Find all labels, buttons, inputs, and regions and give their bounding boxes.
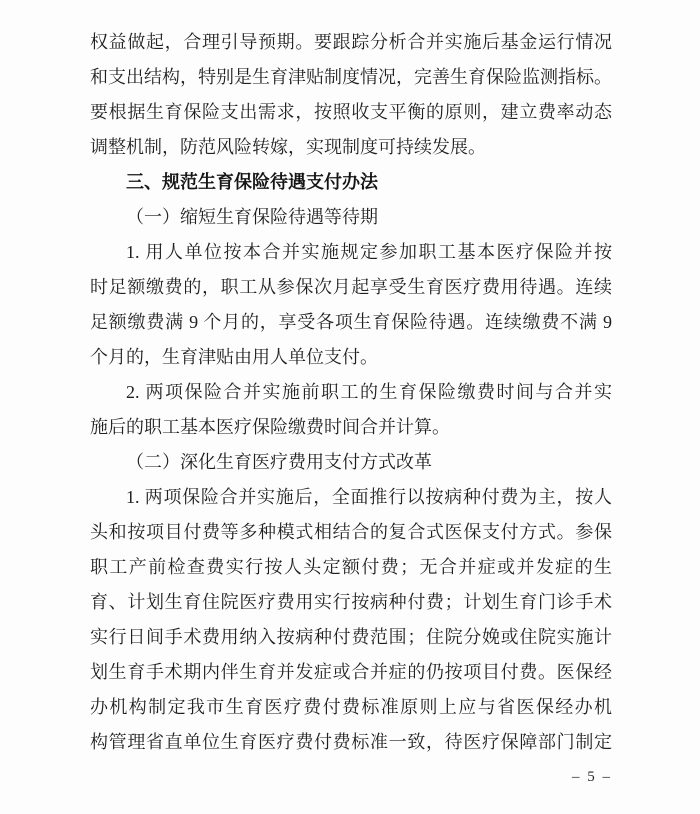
para-2-line-1: 2. 两项保险合并实施前职工的生育保险缴费时间与合并实 xyxy=(90,375,612,410)
page-number: – 5 – xyxy=(572,760,612,795)
para-3-line-8: 构管理省直单位生育医疗费付费标准一致，待医疗保障部门制定 xyxy=(90,725,612,760)
para-continuation-line-2: 和支出结构，特别是生育津贴制度情况，完善生育保险监测指标。 xyxy=(90,60,612,95)
para-3-line-6: 划生育手术期内伴生育并发症或合并症的仍按项目付费。医保经 xyxy=(90,655,612,690)
para-3-line-4: 育、计划生育住院医疗费用实行按病种付费；计划生育门诊手术 xyxy=(90,585,612,620)
para-continuation-line-3: 要根据生育保险支出需求，按照收支平衡的原则，建立费率动态 xyxy=(90,95,612,130)
para-continuation-line-4: 调整机制，防范风险转嫁，实现制度可持续发展。 xyxy=(90,130,612,165)
para-2-line-2: 施后的职工基本医疗保险缴费时间合并计算。 xyxy=(90,410,612,445)
subsection-heading-1-line-1: （一）缩短生育保险待遇等待期 xyxy=(90,200,612,235)
para-1-line-3: 足额缴费满 9 个月的，享受各项生育保险待遇。连续缴费不满 9 xyxy=(90,305,612,340)
para-1-line-2: 时足额缴费的，职工从参保次月起享受生育医疗费用待遇。连续 xyxy=(90,270,612,305)
subsection-heading-2-line-1: （二）深化生育医疗费用支付方式改革 xyxy=(90,445,612,480)
document-page: 权益做起，合理引导预期。要跟踪分析合并实施后基金运行情况和支出结构，特别是生育津… xyxy=(0,0,700,814)
para-1-line-4: 个月的，生育津贴由用人单位支付。 xyxy=(90,340,612,375)
para-3-line-2: 头和按项目付费等多种模式相结合的复合式医保支付方式。参保 xyxy=(90,515,612,550)
document-text-block: 权益做起，合理引导预期。要跟踪分析合并实施后基金运行情况和支出结构，特别是生育津… xyxy=(90,25,612,760)
para-continuation-line-1: 权益做起，合理引导预期。要跟踪分析合并实施后基金运行情况 xyxy=(90,25,612,60)
para-3-line-1: 1. 两项保险合并实施后，全面推行以按病种付费为主，按人 xyxy=(90,480,612,515)
para-3-line-3: 职工产前检查费实行按人头定额付费；无合并症或并发症的生 xyxy=(90,550,612,585)
para-3-line-7: 办机构制定我市生育医疗费付费标准原则上应与省医保经办机 xyxy=(90,690,612,725)
para-3-line-5: 实行日间手术费用纳入按病种付费范围；住院分娩或住院实施计 xyxy=(90,620,612,655)
para-1-line-1: 1. 用人单位按本合并实施规定参加职工基本医疗保险并按 xyxy=(90,235,612,270)
section-heading-3-line-1: 三、规范生育保险待遇支付办法 xyxy=(90,165,612,200)
